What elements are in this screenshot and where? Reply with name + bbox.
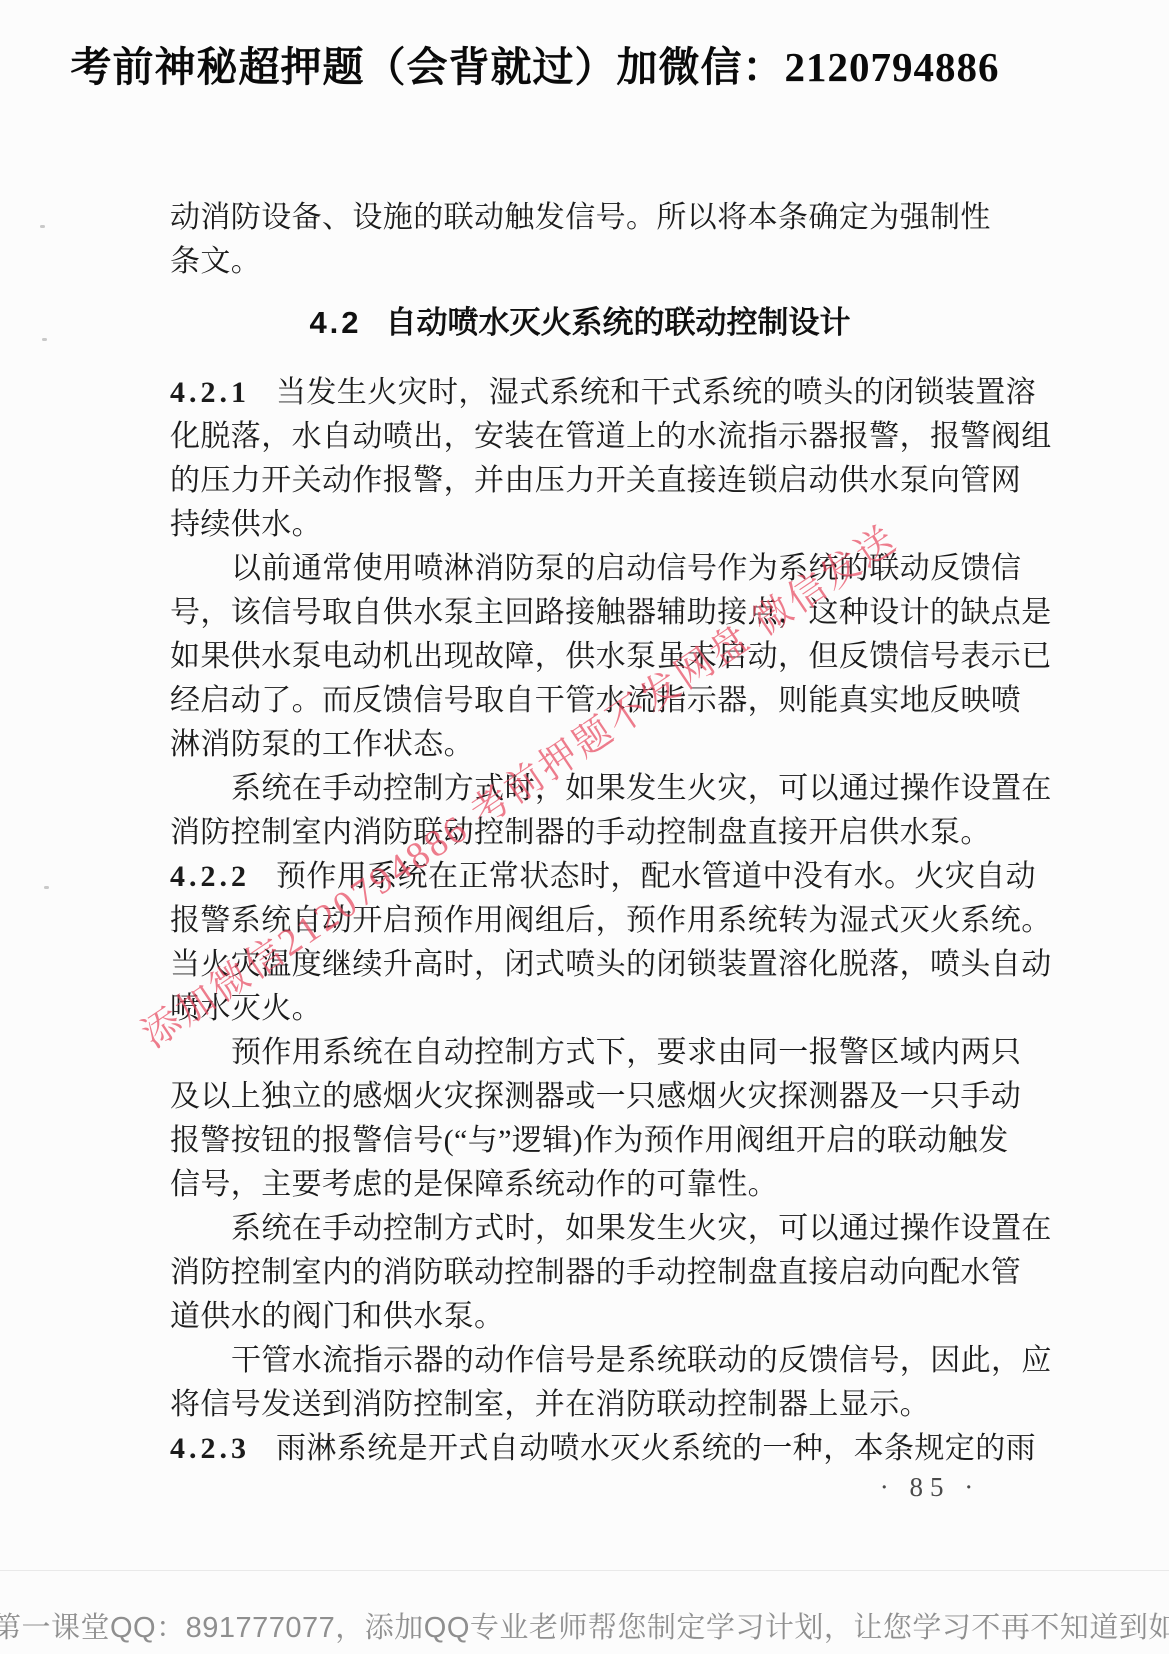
text-line: 经启动了。而反馈信号取自干管水流指示器，则能真实地反映喷 <box>170 679 990 723</box>
line-text: 化脱落，水自动喷出，安装在管道上的水流指示器报警，报警阀组 <box>170 420 1052 453</box>
text-line: 消防控制室内的消防联动控制器的手动控制盘直接启动向配水管 <box>170 1251 990 1295</box>
footer-promo-text: 第一课堂QQ：891777077，添加QQ专业老师帮您制定学习计划，让您学习不再… <box>0 1608 1169 1648</box>
scanned-document-page: 考前神秘超押题（会背就过）加微信：2120794886 动消防设备、设施的联动触… <box>0 0 1169 1654</box>
line-text: 以前通常使用喷淋消防泵的启动信号作为系统的联动反馈信 <box>231 552 1021 585</box>
line-text: 预作用系统在正常状态时，配水管道中没有水。火灾自动 <box>276 860 1036 893</box>
body-text: 4.2.1当发生火灾时，湿式系统和干式系统的喷头的闭锁装置溶化脱落，水自动喷出，… <box>170 371 990 1471</box>
text-line: 动消防设备、设施的联动触发信号。所以将本条确定为强制性 <box>170 196 990 240</box>
line-text: 的压力开关动作报警，并由压力开关直接连锁启动供水泵向管网 <box>170 464 1021 497</box>
page-number: · 85 · <box>840 1472 1020 1503</box>
clause-number: 4.2.3 <box>170 1432 250 1465</box>
footer-divider <box>0 1570 1169 1571</box>
promo-header-text: 考前神秘超押题（会背就过）加微信：2120794886 <box>0 34 1070 93</box>
text-line: 条文。 <box>170 240 990 284</box>
text-line: 干管水流指示器的动作信号是系统联动的反馈信号，因此，应 <box>170 1339 990 1383</box>
text-line: 将信号发送到消防控制室，并在消防联动控制器上显示。 <box>170 1383 990 1427</box>
line-text: 当发生火灾时，湿式系统和干式系统的喷头的闭锁装置溶 <box>276 376 1036 409</box>
scan-speck <box>40 225 45 228</box>
text-line: 报警系统自动开启预作用阀组后，预作用系统转为湿式灭火系统。 <box>170 899 990 943</box>
line-text: 如果供水泵电动机出现故障，供水泵虽未启动，但反馈信号表示已 <box>170 640 1052 673</box>
line-text: 消防控制室内消防联动控制器的手动控制盘直接开启供水泵。 <box>170 816 991 849</box>
text-line: 淋消防泵的工作状态。 <box>170 723 990 767</box>
text-line: 以前通常使用喷淋消防泵的启动信号作为系统的联动反馈信 <box>170 547 990 591</box>
text-line: 如果供水泵电动机出现故障，供水泵虽未启动，但反馈信号表示已 <box>170 635 990 679</box>
text-line: 4.2.2预作用系统在正常状态时，配水管道中没有水。火灾自动 <box>170 855 990 899</box>
text-line: 预作用系统在自动控制方式下，要求由同一报警区域内两只 <box>170 1031 990 1075</box>
text-line: 信号，主要考虑的是保障系统动作的可靠性。 <box>170 1163 990 1207</box>
text-line: 4.2.3雨淋系统是开式自动喷水灭火系统的一种，本条规定的雨 <box>170 1427 990 1471</box>
line-text: 淋消防泵的工作状态。 <box>170 728 474 761</box>
line-text: 号，该信号取自供水泵主回路接触器辅助接点，这种设计的缺点是 <box>170 596 1052 629</box>
line-text: 道供水的阀门和供水泵。 <box>170 1300 504 1333</box>
line-text: 干管水流指示器的动作信号是系统联动的反馈信号，因此，应 <box>231 1344 1052 1377</box>
line-text: 喷水灭火。 <box>170 992 322 1025</box>
line-text: 预作用系统在自动控制方式下，要求由同一报警区域内两只 <box>231 1036 1021 1069</box>
text-line: 系统在手动控制方式时，如果发生火灾，可以通过操作设置在 <box>170 767 990 811</box>
section-heading: 4.2自动喷水灭火系统的联动控制设计 <box>170 301 990 345</box>
clause-number: 4.2.1 <box>170 376 250 409</box>
line-text: 报警按钮的报警信号(“与”逻辑)作为预作用阀组开启的联动触发 <box>170 1124 1009 1157</box>
text-line: 及以上独立的感烟火灾探测器或一只感烟火灾探测器及一只手动 <box>170 1075 990 1119</box>
line-text: 报警系统自动开启预作用阀组后，预作用系统转为湿式灭火系统。 <box>170 904 1052 937</box>
text-line: 消防控制室内消防联动控制器的手动控制盘直接开启供水泵。 <box>170 811 990 855</box>
line-text: 系统在手动控制方式时，如果发生火灾，可以通过操作设置在 <box>231 772 1052 805</box>
line-text: 条文。 <box>170 245 261 278</box>
text-line: 道供水的阀门和供水泵。 <box>170 1295 990 1339</box>
line-text: 当火灾温度继续升高时，闭式喷头的闭锁装置溶化脱落，喷头自动 <box>170 948 1052 981</box>
line-text: 消防控制室内的消防联动控制器的手动控制盘直接启动向配水管 <box>170 1256 1021 1289</box>
text-line: 持续供水。 <box>170 503 990 547</box>
text-line: 化脱落，水自动喷出，安装在管道上的水流指示器报警，报警阀组 <box>170 415 990 459</box>
intro-paragraph: 动消防设备、设施的联动触发信号。所以将本条确定为强制性条文。 <box>170 196 990 284</box>
text-line: 4.2.1当发生火灾时，湿式系统和干式系统的喷头的闭锁装置溶 <box>170 371 990 415</box>
line-text: 动消防设备、设施的联动触发信号。所以将本条确定为强制性 <box>170 201 991 234</box>
line-text: 系统在手动控制方式时，如果发生火灾，可以通过操作设置在 <box>231 1212 1052 1245</box>
text-line: 喷水灭火。 <box>170 987 990 1031</box>
line-text: 经启动了。而反馈信号取自干管水流指示器，则能真实地反映喷 <box>170 684 1021 717</box>
clause-number: 4.2.2 <box>170 860 250 893</box>
line-text: 信号，主要考虑的是保障系统动作的可靠性。 <box>170 1168 778 1201</box>
line-text: 及以上独立的感烟火灾探测器或一只感烟火灾探测器及一只手动 <box>170 1080 1021 1113</box>
line-text: 将信号发送到消防控制室，并在消防联动控制器上显示。 <box>170 1388 930 1421</box>
line-text: 雨淋系统是开式自动喷水灭火系统的一种，本条规定的雨 <box>276 1432 1036 1465</box>
text-line: 报警按钮的报警信号(“与”逻辑)作为预作用阀组开启的联动触发 <box>170 1119 990 1163</box>
text-line: 的压力开关动作报警，并由压力开关直接连锁启动供水泵向管网 <box>170 459 990 503</box>
scan-speck <box>44 886 49 889</box>
section-number: 4.2 <box>309 305 361 340</box>
text-line: 当火灾温度继续升高时，闭式喷头的闭锁装置溶化脱落，喷头自动 <box>170 943 990 987</box>
line-text: 持续供水。 <box>170 508 322 541</box>
text-line: 号，该信号取自供水泵主回路接触器辅助接点，这种设计的缺点是 <box>170 591 990 635</box>
scan-speck <box>42 338 47 341</box>
section-title: 自动喷水灭火系统的联动控制设计 <box>386 305 851 340</box>
text-line: 系统在手动控制方式时，如果发生火灾，可以通过操作设置在 <box>170 1207 990 1251</box>
